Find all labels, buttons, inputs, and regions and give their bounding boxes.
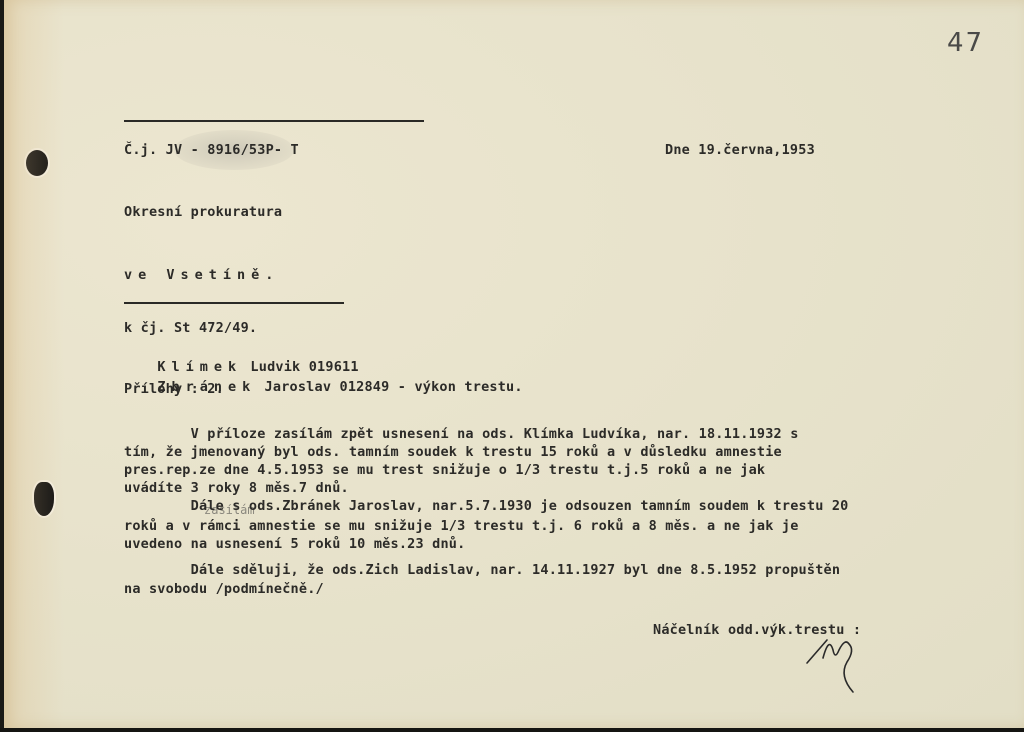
top-rule <box>124 120 424 122</box>
recipient-rule <box>124 302 344 304</box>
handwritten-signature-icon <box>799 628 879 698</box>
body-line: na svobodu /podmínečně./ <box>124 580 324 599</box>
body-line: Dále s ods.Zbránek Jaroslav, nar.5.7.193… <box>124 497 849 516</box>
document-date: Dne 19.června,1953 <box>665 141 815 160</box>
recipient-line-2: ve Vsetíně. <box>124 266 279 285</box>
reference-number: Č.j. JV - 8916/53P- T <box>124 141 299 160</box>
court-reference: k čj. St 472/49. <box>124 319 257 338</box>
body-line: pres.rep.ze dne 4.5.1953 se mu trest sni… <box>124 461 765 480</box>
document-page: 47 Č.j. JV - 8916/53P- T Dne 19.června,1… <box>4 0 1024 728</box>
recipient-line-1: Okresní prokuratura <box>124 203 282 222</box>
body-line: uvádíte 3 roky 8 měs.7 dnů. <box>124 479 349 498</box>
attachments: Přílohy : 2. <box>124 380 224 399</box>
punch-hole-top <box>26 150 48 176</box>
body-line: uvedeno na usnesení 5 roků 10 měs.23 dnů… <box>124 535 465 554</box>
handwritten-page-number: 47 <box>947 28 984 58</box>
body-line: V příloze zasílám zpět usnesení na ods. … <box>124 425 799 444</box>
scan-edge <box>0 728 1024 732</box>
punch-hole-bottom <box>34 482 54 516</box>
body-line: tím, že jmenovaný byl ods. tamním soudek… <box>124 443 782 462</box>
person-2-details: Jaroslav 012849 - výkon trestu. <box>265 379 523 395</box>
body-line: roků a v rámci amnestie se mu snižuje 1/… <box>124 517 799 536</box>
body-line: Dále sděluji, že ods.Zich Ladislav, nar.… <box>124 561 840 580</box>
